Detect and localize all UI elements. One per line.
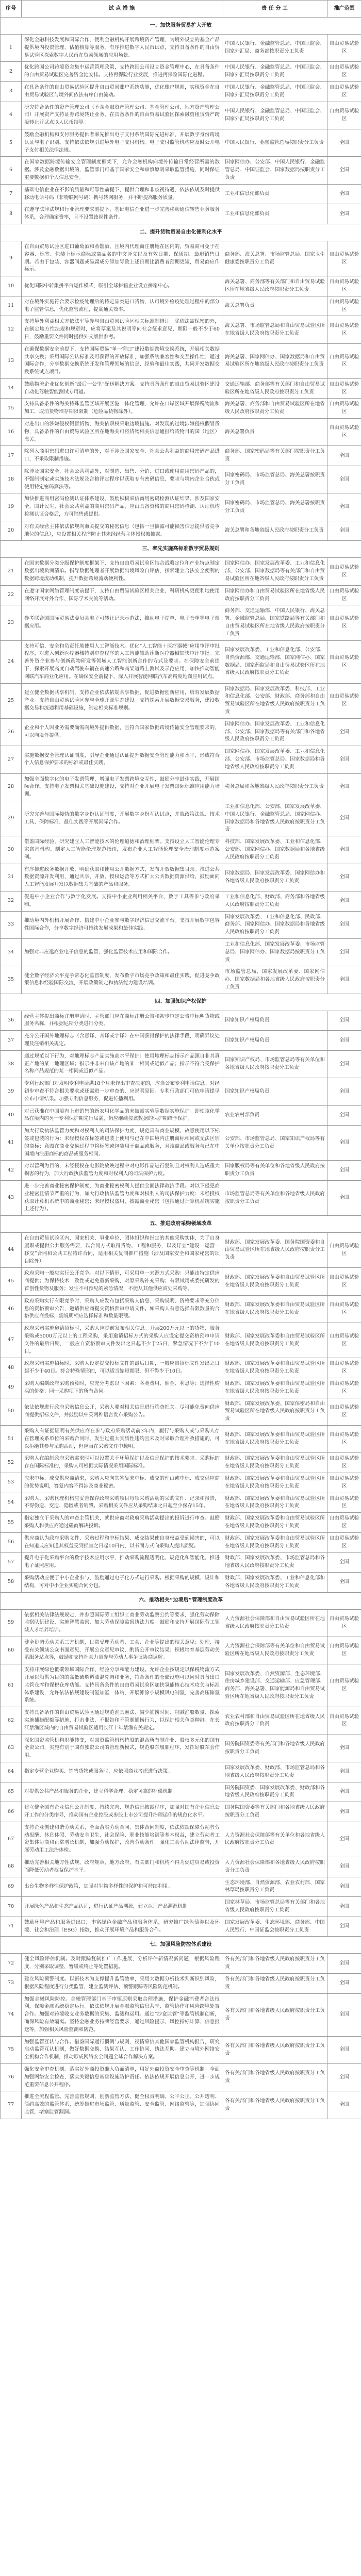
responsibility: 科技部、国家发展改革委、工业和信息化部、公安部、国家网信办、国家数据局和各地省级… — [222, 836, 327, 864]
section-header-row: 三、率先实施高标准数字贸易规则 — [1, 541, 361, 558]
responsibility: 各有关部门和各地省级人民政府按职责分工负责 — [222, 2063, 327, 2091]
table-row: 20对有关经营主体依法依规向海关提交的秘密信息（包括一旦披露可能损害信息提供者竞… — [1, 521, 361, 541]
promotion-scope: 全国 — [327, 1161, 361, 1181]
promotion-scope: 自由贸易试验区 — [327, 1398, 361, 1425]
table-row: 69出台生物多样性保护政策，加强对生物多样性的保护和可持续利用。生态环境部、自然… — [1, 1877, 361, 1897]
table-row: 73建立风险预警制度。以新技术为支撑提升监管效率，采用大数据分析技术判断识别风险… — [1, 1973, 361, 1993]
table-row: 7基础电信企业在不影响质量和可靠性前提下，提供合理和非歧视待遇，依法依规及时提供… — [1, 184, 361, 204]
row-number: 60 — [1, 1637, 22, 1664]
section-title: 二、提升货物贸易自由化便利化水平 — [1, 224, 361, 241]
table-row: 48政府采购实施招标时，采购人设定提交投标文件的最后日期，一般应自招标文件发出之… — [1, 1358, 361, 1378]
row-number: 18 — [1, 466, 22, 493]
responsibility: 海关总署负责 — [222, 419, 327, 446]
pilot-measure: 应未中标、成交供应商请求，采购人应向其答复未中标、成交的理由或中标、成交供应商的… — [22, 1473, 222, 1493]
promotion-scope: 自由贸易试验区 — [327, 1473, 361, 1493]
row-number: 48 — [1, 1358, 22, 1378]
pilot-measure: 深化国资监管机构职能转变，对国资监管机构持股的混合所有制企业、股权多元化的国有全… — [22, 1735, 222, 1762]
promotion-scope: 全国 — [327, 1181, 361, 1216]
responsibility: 农业农村部负责 — [222, 1105, 327, 1126]
row-number: 3 — [1, 81, 22, 102]
row-number: 34 — [1, 938, 22, 966]
responsibility: 各有关部门和各地省级人民政府按职责分工负责 — [222, 1993, 327, 2036]
section-title: 一、加快服务贸易扩大开放 — [1, 18, 361, 35]
section-title: 五、推进政府采购领域改革 — [1, 1216, 361, 1233]
pilot-measure: 推动完善相关地方性法规、政府规章，地方政府、有关部门和机构不得为促进贸易或投资而… — [22, 1857, 222, 1877]
pilot-measure: 进一步完善商业秘密保护制度，为商业秘密权利人提供全面法律救济手段。对以下侵犯商业… — [22, 1181, 222, 1216]
responsibility: 海关总署、商务部和自由贸易试验区所在地省级人民政府按职责分工负责 — [222, 399, 327, 419]
row-number: 4 — [1, 102, 22, 129]
pilot-measure: 对以营利为目的，未经授权在电影院放映过程中对电影作品进行复制且对权利人造成重大损… — [22, 1161, 222, 1181]
row-number: 7 — [1, 184, 22, 204]
row-number: 27 — [1, 746, 22, 773]
section-header-row: 六、推动相关“边境后”管理制度改革 — [1, 1592, 361, 1609]
table-row: 44在自由贸易试验区内，国家机关、事业单位、团体组织和指定的其他采购实体，为了自… — [1, 1233, 361, 1268]
pilot-measure: 在遵守国家网络管理制度前提下，支持自由贸易试验区相关企业、科研机构更便利地使用网… — [22, 585, 222, 605]
promotion-scope: 全国 — [327, 184, 361, 204]
row-number: 45 — [1, 1268, 22, 1295]
table-row: 63深化国资监管机构职能转变，对国资监管机构持股的混合所有制企业、股权多元化的国… — [1, 1735, 361, 1762]
section-header-row: 二、提升货物贸易自由化便利化水平 — [1, 224, 361, 241]
promotion-scope: 全国 — [327, 718, 361, 746]
responsibility: 商务部、国家密码局等有关部门按职责分工负责 — [222, 446, 327, 466]
row-number: 32 — [1, 891, 22, 911]
promotion-scope: 自由贸易试验区 — [327, 296, 361, 316]
table-row: 23参考联合国国际贸易法委员会电子可转让记录示范法，推动电子提单、电子仓单等电子… — [1, 605, 361, 640]
row-number: 42 — [1, 1161, 22, 1181]
promotion-scope: 全国 — [327, 1877, 361, 1897]
row-number: 38 — [1, 1050, 22, 1078]
promotion-scope: 自由贸易试验区 — [327, 343, 361, 378]
promotion-scope: 全国 — [327, 746, 361, 773]
pilot-measure: 在具备条件的自由贸易试验区提升自由贸易账户系统功能，优化账户规则，实现资金在自由… — [22, 81, 222, 102]
row-number: 52 — [1, 1453, 22, 1473]
responsibility: 人力资源社会保障部和自由贸易试验区所在地省级人民政府按职责分工负责 — [222, 1609, 327, 1637]
table-row: 39专利行政部门对发明专利申请满18个月未作出审查决定的，应当公布专利申请信息。… — [1, 1078, 361, 1105]
row-number: 59 — [1, 1609, 22, 1637]
responsibility: 财政部、国家发展改革委和自由贸易试验区所在地省级人民政府按职责分工负责 — [222, 1323, 327, 1358]
pilot-measure: 指定专营企业购买、销售货物或服务时，应依照商业考虑进行决策。 — [22, 1762, 222, 1782]
pilot-measure: 加强对非应邀商业电子信息的监管，强化监管技术应用和国际合作。 — [22, 938, 222, 966]
table-row: 43进一步完善商业秘密保护制度，为商业秘密权利人提供全面法律救济手段。对以下侵犯… — [1, 1181, 361, 1216]
pilot-measure: 除涉及国家安全、社会公共利益外，对制造、出售、分销、进口或使用商用密码产品的，不… — [22, 466, 222, 493]
pilot-measure: 在自由贸易试验区进口葡萄酒和蒸馏酒，且境内代理商注册地在区内的，贸易商可免于在容… — [22, 241, 222, 276]
promotion-scope: 自由贸易试验区 — [327, 1513, 361, 1533]
table-row: 33推动境内外机构开展合作，搭建中小企业参与数字经济信息交流平台。支持开展数字包… — [1, 911, 361, 938]
table-row: 37充分公开国外地理标志（含意译、音译或字译）在中国获得保护的法律手段，明确异议… — [1, 1031, 361, 1051]
pilot-measure: 通过规范以下行为，对地理标志产品实施高水平保护：使用地理标志指示产品源自非其真正… — [22, 1050, 222, 1078]
table-row: 10优化国际中转集拼平台运作模式，吸引全球拼箱企业设立拼箱中心。海关总署、商务部… — [1, 276, 361, 296]
pilot-measure: 推动境内外机构开展合作，搭建中小企业参与数字经济信息交流平台。支持开展数字包容性… — [22, 911, 222, 938]
promotion-scope: 自由贸易试验区 — [327, 1358, 361, 1378]
pilot-measure: 健全协调劳动关系三方机制，日常受理劳动者、工会、企业等提出的相关意见；处理、接受… — [22, 1637, 222, 1664]
responsibility: 财政部、国家发展改革委、工业和信息化部和各地省级人民政府按职责分工负责 — [222, 1572, 327, 1592]
promotion-scope: 自由贸易试验区 — [327, 81, 361, 102]
row-number: 55 — [1, 1513, 22, 1533]
promotion-scope: 自由贸易试验区 — [327, 399, 361, 419]
pilot-measure: 有序推进政务数据开放，明确获取和使用公开数据方式，发布开放数据集目录。推进公共数… — [22, 864, 222, 891]
row-number: 50 — [1, 1398, 22, 1425]
table-row: 41加大行政执法监管力度和对权利人的司法保护力度，规范具有商业规模、故意使用以下… — [1, 1126, 361, 1161]
pilot-measure: 政府采购实施邀请招标时，采购人应提前发布相关信息。开展200万元以上的货物、服务… — [22, 1323, 222, 1358]
promotion-scope: 自由贸易试验区 — [327, 1637, 361, 1664]
promotion-scope: 自由贸易试验区 — [327, 378, 361, 399]
table-row: 61支持开展绿色低碳领域国际合作、经验分享和能力建设。允许企业按规定以保税物流方… — [1, 1664, 361, 1707]
promotion-scope: 全国 — [327, 1050, 361, 1078]
pilot-measure: 鼓励金融机构和支付服务提供者率先推出电子支付系统国际先进标准，开展数字身份跨境认… — [22, 129, 222, 156]
row-number: 10 — [1, 276, 22, 296]
responsibility: 国家网信办、国家发展改革委、工业和信息化部、公安部、国家数据局等有关部门和各地省… — [222, 718, 327, 746]
promotion-scope: 自由贸易试验区 — [327, 1609, 361, 1637]
responsibility: 工业和信息化部负责 — [222, 184, 327, 204]
pilot-measure: 建立健全数据共享机制，支持企业依法依规共享数据，促进数据创新应用，培育发展数据产… — [22, 683, 222, 718]
promotion-scope: 全国 — [327, 2063, 361, 2091]
table-row: 66建立健全国有企业信息公开制度，持续完善、规范信息披露程序，加强对国有企业信息… — [1, 1802, 361, 1822]
promotion-scope: 自由贸易试验区 — [327, 1707, 361, 1735]
row-number: 25 — [1, 683, 22, 718]
promotion-scope: 自由贸易试验区 — [327, 1453, 361, 1473]
promotion-scope: 全国 — [327, 938, 361, 966]
responsibility: 公安部、市场监管总局、国家知识产权局等有关单位按职责分工负责 — [222, 1126, 327, 1161]
table-row: 17除列入商用密码进口许可清单的外，对不涉及国家安全、社会公共利益的商用密码产品… — [1, 446, 361, 466]
responsibility: 中国人民银行、金融监管总局、中国证监会、国家外汇局、商务部按职责分工负责 — [222, 35, 327, 62]
row-number: 19 — [1, 493, 22, 521]
promotion-scope: 全国 — [327, 1762, 361, 1782]
responsibility: 国家网信办和自由贸易试验区所在地省级人民政府按职责分工负责 — [222, 585, 327, 605]
pilot-measure: 企业和个人因业务需要确需向境外提供数据，且符合国家数据跨境传输安全管理要求的，可… — [22, 718, 222, 746]
row-number: 39 — [1, 1078, 22, 1105]
responsibility: 人力资源社会保障部和各地省级人民政府按职责分工负责 — [222, 1857, 327, 1877]
promotion-scope: 自由贸易试验区 — [327, 62, 361, 82]
pilot-measure: 采购人、采购代理机构应妥善保存政府采购项目每项采购活动的采购文件、记录和报告，不… — [22, 1493, 222, 1513]
pilot-measure: 依据相关法律法规规定，并参照国际劳工组织工商业劳动监察公约等要求，强化劳动保障监… — [22, 1609, 222, 1637]
responsibility: 中国人民银行、金融监管总局、中国证监会、国家外汇局按职责分工负责 — [222, 81, 327, 102]
table-row: 8在遵守法律法规和行业管理要求前提下，基础电信企业进一步完善移动通信转售业务服务… — [1, 204, 361, 224]
row-number: 46 — [1, 1295, 22, 1323]
promotion-scope: 全国 — [327, 493, 361, 521]
table-row: 49采购人编制政府采购预算时，应充分考虑以下因素：各类费用、佣金、利息等；选择性… — [1, 1378, 361, 1398]
responsibility: 交通运输部、商务部等有关部门和自由贸易试验区所在地省级人民政府按职责分工负责 — [222, 378, 327, 399]
promotion-scope: 全国 — [327, 446, 361, 466]
pilot-measure: 鼓励物流企业优化创新“最后一公里”配送解决方案。支持具备条件的自由贸易试验区建设… — [22, 378, 222, 399]
pilot-measure: 优化跨国公司跨境资金集中运营管理政策，支持跨国公司设立资金管理中心，在具备条件的… — [22, 62, 222, 82]
table-row: 25建立健全数据共享机制，支持企业依法依规共享数据，促进数据创新应用，培育发展数… — [1, 683, 361, 718]
pilot-measure: 开展绿色产品和生态产品认证，进行认证产品溯源，建立认证产品溯源机制。 — [22, 1897, 222, 1917]
row-number: 2 — [1, 62, 22, 82]
row-number: 14 — [1, 378, 22, 399]
row-number: 47 — [1, 1323, 22, 1358]
table-row: 42对以营利为目的，未经授权在电影院放映过程中对电影作品进行复制且对权利人造成重… — [1, 1161, 361, 1181]
row-number: 49 — [1, 1378, 22, 1398]
row-number: 30 — [1, 836, 22, 864]
pilot-measure: 建立风险预警制度。以新技术为支撑提升监管效率，采用大数据分析技术判断识别风险，根… — [22, 1973, 222, 1993]
promotion-scope: 全国 — [327, 1822, 361, 1857]
pilot-measure: 对有关经营主体依法依规向海关提交的秘密信息（包括一旦披露可能损害信息提供者竞争地… — [22, 521, 222, 541]
row-number: 76 — [1, 2063, 22, 2091]
table-row: 56供应商认为政府采购文件、采购过程和中标结果、成交结果使自身权益受到损害的，可… — [1, 1532, 361, 1553]
table-row: 1深化金融科技发展和国际合作，便利金融机构开展跨境资产管理，为境外设立的基金产品… — [1, 35, 361, 62]
responsibility: 中国人民银行、金融监管总局按职责分工负责 — [222, 129, 327, 156]
row-number: 40 — [1, 1105, 22, 1126]
responsibility: 工业和信息化部、国家发展改革委、市场监管总局、国家网信办、国家数据局按职责分工负… — [222, 938, 327, 966]
section-title: 六、推动相关“边境后”管理制度改革 — [1, 1592, 361, 1609]
table-row: 34加强对非应邀商业电子信息的监管，强化监管技术应用和国际合作。工业和信息化部、… — [1, 938, 361, 966]
table-row: 26企业和个人因业务需要确需向境外提供数据，且符合国家数据跨境传输安全管理要求的… — [1, 718, 361, 746]
row-number: 1 — [1, 35, 22, 62]
responsibility: 工业和信息化部、财政部、商务部和各地省级人民政府按职责分工负责 — [222, 891, 327, 911]
row-number: 9 — [1, 241, 22, 276]
promotion-scope: 全国 — [327, 1993, 361, 2036]
promotion-scope: 全国 — [327, 466, 361, 493]
row-number: 53 — [1, 1473, 22, 1493]
pilot-measure: 支持可信、安全和负责任地使用人工智能技术。优化“人工智能＋医疗器械”应用审评审批… — [22, 640, 222, 683]
row-number: 12 — [1, 316, 22, 343]
promotion-scope: 自由贸易试验区 — [327, 1378, 361, 1398]
pilot-measure: 供应商认为政府采购文件、采购过程和中标结果、成交结果使自身权益受到损害的，可以在… — [22, 1532, 222, 1553]
pilot-measure: 鼓励环境产品和服务进出口，丰富绿色金融产品和服务体系，研究推广绿色债券以及环境、… — [22, 1917, 222, 1937]
promotion-scope: 自由贸易试验区 — [327, 1295, 361, 1323]
responsibility: 国家密码局、市场监管总局、海关总署按职责分工负责 — [222, 493, 327, 521]
promotion-scope: 全国 — [327, 1782, 361, 1802]
pilot-measure: 健全风险评估机制。及时跟踪复制推广工作进展，分析评估新情况新问题，根据风险程度，… — [22, 1954, 222, 1974]
promotion-scope: 自由贸易试验区 — [327, 1493, 361, 1513]
pilot-measure: 强化安全审查机制。落实好外商投资准入负面清单，用好外商投资安全审查等机制。全面加… — [22, 2063, 222, 2091]
pilot-measure: 除列入商用密码进口许可清单的外，对不涉及国家安全、社会公共利益的商用密码产品进口… — [22, 446, 222, 466]
promotion-scope: 全国 — [327, 1105, 361, 1126]
responsibility: 市场监管总局、国家发展改革委、国家网信办、国家数据局和各地省级人民政府按职责分工… — [222, 966, 327, 994]
pilot-measure: 加强全面数字化的电子发票管理，增强电子发票跨境交互性，鼓励分享最佳实践，开展国际… — [22, 773, 222, 801]
pilot-measure: 在自由贸易试验区内，国家机关、事业单位、团体组织和指定的其他采购实体，为了自身履… — [22, 1233, 222, 1268]
row-number: 68 — [1, 1857, 22, 1877]
table-row: 6在国家数据跨境传输安全管理制度框架下，允许金融机构向境外传输日常经营所需的数据… — [1, 157, 361, 184]
table-row: 71鼓励环境产品和服务进出口，丰富绿色金融产品和服务体系，研究推广绿色债券以及环… — [1, 1917, 361, 1937]
promotion-scope: 自由贸易试验区 — [327, 605, 361, 640]
table-row: 54采购人、采购代理机构应妥善保存政府采购项目每项采购活动的采购文件、记录和报告… — [1, 1493, 361, 1513]
table-row: 76强化安全审查机制。落实好外商投资准入负面清单，用好外商投资安全审查等机制。全… — [1, 2063, 361, 2091]
table-header-row: 序号 试 点 措 施 责 任 分 工 推广范围 — [1, 1, 361, 18]
pilot-measure: 在遵守法律法规和行业管理要求前提下，基础电信企业进一步完善移动通信转售业务服务体… — [22, 204, 222, 224]
promotion-scope: 全国 — [327, 1572, 361, 1592]
pilot-measure: 采购活动应便于中小企业参与，鼓励通过电子化方式进行采购。根据采购的规模、设计和结… — [22, 1572, 222, 1592]
responsibility: 国家数据局、国家发展改革委、国家网信办和各地省级人民政府按职责分工负责 — [222, 864, 327, 891]
header-measure: 试 点 措 施 — [22, 1, 222, 18]
pilot-measure: 政府采购实施招标时，采购人设定提交投标文件的最后日期，一般应自招标文件发出之日起… — [22, 1358, 222, 1378]
responsibility: 海关总署、国家网信办、国家数据局和自由贸易试验区所在地省级人民政府按职责分工负责 — [222, 343, 327, 378]
promotion-scope: 全国 — [327, 157, 361, 184]
responsibility: 商务部、海关总署、市场监管总局、国家卫生健康委按职责分工负责 — [222, 241, 327, 276]
responsibility: 海关总署、市场监管总局和自由贸易试验区所在地省级人民政府按职责分工负责 — [222, 316, 327, 343]
pilot-measure: 支持企业创建和谐劳动关系，全面落实劳动合同、集体合同制度，依法依规保障劳动者劳动… — [22, 1822, 222, 1857]
responsibility: 中国人民银行、金融监管总局、中国证监会、国家外汇局按职责分工负责 — [222, 62, 327, 82]
promotion-scope: 全国 — [327, 891, 361, 911]
promotion-scope: 全国 — [327, 911, 361, 938]
pilot-measure: 政府采购实行有限竞争时，采购人应发布包括采购人信息、采购说明、资格要求等充分信息… — [22, 1295, 222, 1323]
row-number: 8 — [1, 204, 22, 224]
table-row: 27实施数据安全管理认证制度，引导企业通过认证提升数据安全管理能力和水平，形成符… — [1, 746, 361, 773]
row-number: 51 — [1, 1425, 22, 1452]
row-number: 44 — [1, 1233, 22, 1268]
responsibility: 国家网信办、国家发展改革委、工业和信息化部、公安部、国家数据局等有关部门和自由贸… — [222, 558, 327, 585]
pilot-measure: 支持具备条件的海关特殊监管区域开展区港一体化管理，允许在口岸区域开展保税物流和加… — [22, 399, 222, 419]
row-number: 35 — [1, 966, 22, 994]
responsibility: 海关总署、商务部等有关部门和自由贸易试验区所在地省级人民政府按职责分工负责 — [222, 276, 327, 296]
section-header-row: 五、推进政府采购领域改革 — [1, 1216, 361, 1233]
promotion-scope: 自由贸易试验区 — [327, 1664, 361, 1707]
pilot-measure: 研究符合条件的资产管理公司（不含金融资产管理公司、基金管理公司、地方资产管理公司… — [22, 102, 222, 129]
table-row: 51采购人有证据证明有关供应商在参与政府采购活动前3年内，履行与采购人或与采购人… — [1, 1425, 361, 1452]
section-header-row: 一、加快服务贸易扩大开放 — [1, 18, 361, 35]
table-row: 2优化跨国公司跨境资金集中运营管理政策，支持跨国公司设立资金管理中心，在具备条件… — [1, 62, 361, 82]
table-row: 15支持具备条件的海关特殊监管区域开展区港一体化管理，允许在口岸区域开展保税物流… — [1, 399, 361, 419]
row-number: 5 — [1, 129, 22, 156]
promotion-scope: 全国 — [327, 801, 361, 836]
responsibility: 国家知识产权局负责 — [222, 1078, 327, 1105]
table-row: 47政府采购实施邀请招标时，采购人应提前发布相关信息。开展200万元以上的货物、… — [1, 1323, 361, 1358]
table-row: 62支持具备条件的自由贸易试验区通过规范渔具渔法、减少捕捞时间、削减渔船数量、探… — [1, 1707, 361, 1735]
table-row: 18除涉及国家安全、社会公共利益外，对制造、出售、分销、进口或使用商用密码产品的… — [1, 466, 361, 493]
table-row: 36经营主体提出商标注册申请时，主管部门应在商标注册公告和初步审定公告中标明货物… — [1, 1011, 361, 1031]
table-row: 21在国家数据分类分级保护制度框架下，支持自由贸易试验区结合战略定位和产业特点制… — [1, 558, 361, 585]
pilot-measure: 实施数据安全管理认证制度，引导企业通过认证提升数据安全管理能力和水平，形成符合个… — [22, 746, 222, 773]
row-number: 26 — [1, 718, 22, 746]
row-number: 31 — [1, 864, 22, 891]
row-number: 57 — [1, 1553, 22, 1573]
pilot-measure: 提升电子化采购平台的数字技术应用水平，推动采购流程透明化、规范化和智能化，推进电… — [22, 1553, 222, 1573]
table-row: 28加强全面数字化的电子发票管理，增强电子发票跨境交互性，鼓励分享最佳实践，开展… — [1, 773, 361, 801]
pilot-measure: 在确保数据安全前提下，支持国际贸易“单一窗口”建设数据跨境交换系统，开展相关数据… — [22, 343, 222, 378]
pilot-measure: 促进中小企业合作与数字化发展。支持中小企业利用相关平台、数字工具等参与政府采购。 — [22, 891, 222, 911]
promotion-scope: 全国 — [327, 864, 361, 891]
pilot-measure: 加快推进商用密码检测认证体系建设，鼓励积极采信商用密码检测认证结果。涉及国家安全… — [22, 493, 222, 521]
pilot-measures-table: 序号 试 点 措 施 责 任 分 工 推广范围 一、加快服务贸易扩大开放1深化金… — [0, 0, 361, 2119]
table-row: 14鼓励物流企业优化创新“最后一公里”配送解决方案。支持具备条件的自由贸易试验区… — [1, 378, 361, 399]
responsibility: 各有关部门和各地省级人民政府按职责分工负责 — [222, 2036, 327, 2063]
table-row: 24支持可信、安全和负责任地使用人工智能技术。优化“人工智能＋医疗器械”应用审评… — [1, 640, 361, 683]
promotion-scope: 全国 — [327, 1897, 361, 1917]
pilot-measure: 支持具备条件的自由贸易试验区通过规范渔具渔法、减少捕捞时间、削减渔船数量、探索实… — [22, 1707, 222, 1735]
responsibility: 工业和信息化部负责 — [222, 204, 327, 224]
pilot-measure: 支持开展绿色低碳领域国际合作、经验分享和能力建设。允许企业按规定以保税物流方式开… — [22, 1664, 222, 1707]
pilot-measure: 充分公开国外地理标志（含意译、音译或字译）在中国获得保护的法律手段，明确异议处理… — [22, 1031, 222, 1051]
responsibility: 各有关部门和各地省级人民政府按职责分工负责 — [222, 2091, 327, 2119]
section-title: 三、率先实施高标准数字贸易规则 — [1, 541, 361, 558]
responsibility: 财政部、国家发展改革委、国家保密局和自由贸易试验区所在地省级人民政府按职责分工负… — [222, 1398, 327, 1425]
table-row: 19加快推进商用密码检测认证体系建设，鼓励积极采信商用密码检测认证结果。涉及国家… — [1, 493, 361, 521]
pilot-measure: 对已获准在中国境内上市销售的新农用化学品的未披露实验等数据实施保护。即使该化学品… — [22, 1105, 222, 1126]
row-number: 22 — [1, 585, 22, 605]
responsibility: 国家发展改革委、生态环境部、商务部、中国人民银行、中国证监会按职责分工负责 — [222, 1917, 327, 1937]
promotion-scope: 全国 — [327, 1973, 361, 1993]
pilot-measure: 采购人编制政府采购预算时，应充分考虑以下因素：各类费用、佣金、利息等；选择性购买… — [22, 1378, 222, 1398]
responsibility: 财政部、国家发展改革委、市场监管总局和各地省级人民政府按职责分工负责 — [222, 1553, 327, 1573]
table-row: 75加强监管互认与合作。借鉴国际通行惯例与规则，视情采信其他国家监管机构报告，研… — [1, 2036, 361, 2063]
promotion-scope: 自由贸易试验区 — [327, 558, 361, 585]
responsibility: 农业农村部和自由贸易试验区所在地省级人民政府按职责分工负责 — [222, 1707, 327, 1735]
table-row: 12支持境外利益相关方依法平等参与自由贸易试验区相关标准制修订。除依法需保密的外… — [1, 316, 361, 343]
table-row: 30借鉴国际经验，研究建立人工智能技术的伦理道德和治理框架。支持设立人工智能伦理… — [1, 836, 361, 864]
pilot-measure: 参考联合国国际贸易法委员会电子可转让记录示范法，推动电子提单、电子仓单等电子票据… — [22, 605, 222, 640]
table-row: 29研究完善与国际接轨的数字身份认证制度，开展数字身份互认试点，并就政策法规、技… — [1, 801, 361, 836]
responsibility: 财政部、国家发展改革委和自由贸易试验区所在地省级人民政府按职责分工负责 — [222, 1473, 327, 1493]
table-row: 38通过规范以下行为，对地理标志产品实施高水平保护：使用地理标志指示产品源自非其… — [1, 1050, 361, 1078]
promotion-scope: 自由贸易试验区 — [327, 241, 361, 276]
promotion-scope: 全国 — [327, 773, 361, 801]
pilot-measure: 专利行政部门对发明专利申请满18个月未作出审查决定的，应当公布专利申请信息。对经… — [22, 1078, 222, 1105]
pilot-measure: 在国家数据跨境传输安全管理制度框架下，允许金融机构向境外传输日常经营所需的数据。… — [22, 157, 222, 184]
pilot-measure: 采购人有证据证明有关供应商在参与政府采购活动前3年内，履行与采购人或与采购人存在… — [22, 1425, 222, 1452]
row-number: 54 — [1, 1493, 22, 1513]
table-row: 58采购活动应便于中小企业参与，鼓励通过电子化方式进行采购。根据采购的规模、设计… — [1, 1572, 361, 1592]
responsibility: 财政部、国家发展改革委和自由贸易试验区所在地省级人民政府按职责分工负责 — [222, 1425, 327, 1452]
responsibility: 人力资源社会保障部等有关单位和各地省级人民政府按职责分工负责 — [222, 1822, 327, 1857]
responsibility: 市场监管总局等有关单位和各地省级人民政府按职责分工负责 — [222, 1181, 327, 1216]
promotion-scope: 自由贸易试验区 — [327, 35, 361, 62]
promotion-scope: 全国 — [327, 836, 361, 864]
pilot-measure: 在国家数据分类分级保护制度框架下，支持自由贸易试验区结合战略定位和产业特点制定数… — [22, 558, 222, 585]
responsibility: 国家发展改革委、工业和信息化部、公安部、自然资源部、交通运输部、国家网信办、国家… — [222, 640, 327, 683]
pilot-measure: 采购人在编制政府采购需求时可以设置关于环境保护以及信息保护的技术要求。采购标的存… — [22, 1453, 222, 1473]
responsibility: 税务总局和各地省级人民政府按职责分工负责 — [222, 773, 327, 801]
responsibility: 国家数据局、国家发展改革委、科技部、工业和信息化部、公安部、财政部、商务部和自由… — [222, 683, 327, 718]
pilot-measure: 建立健全国有企业信息公开制度，持续完善、规范信息披露程序，加强对国有企业信息公开… — [22, 1802, 222, 1822]
responsibility: 各有关部门和各地省级人民政府按职责分工负责 — [222, 1954, 327, 1974]
pilot-measure: 借鉴国际经验，研究建立人工智能技术的伦理道德和治理框架。支持设立人工智能伦理专家… — [22, 836, 222, 864]
table-row: 64指定专营企业购买、销售货物或服务时，应依照商业考虑进行决策。国家发展改革委、… — [1, 1762, 361, 1782]
table-row: 40对已获准在中国境内上市销售的新农用化学品的未披露实验等数据实施保护。即使该化… — [1, 1105, 361, 1126]
promotion-scope: 自由贸易试验区 — [327, 1233, 361, 1268]
promotion-scope: 自由贸易试验区 — [327, 1323, 361, 1358]
section-title: 四、加强知识产权保护 — [1, 994, 361, 1011]
row-number: 69 — [1, 1877, 22, 1897]
row-number: 61 — [1, 1664, 22, 1707]
responsibility: 海关总署负责 — [222, 296, 327, 316]
row-number: 66 — [1, 1802, 22, 1822]
responsibility: 海关总署和各地省级人民政府按职责分工负责 — [222, 521, 327, 541]
pilot-measure: 指定独立于采购人的审查主管机关，就供应商对政府采购活动提出的投诉进行审查。鼓励采… — [22, 1513, 222, 1533]
table-row: 52采购人在编制政府采购需求时可以设置关于环境保护以及信息保护的技术要求。采购标… — [1, 1453, 361, 1473]
row-number: 28 — [1, 773, 22, 801]
responsibility: 财政部、国家发展改革委和自由贸易试验区所在地省级人民政府按职责分工负责 — [222, 1358, 327, 1378]
row-number: 13 — [1, 343, 22, 378]
row-number: 71 — [1, 1917, 22, 1937]
pilot-measure: 经营主体提出商标注册申请时，主管部门应在商标注册公告和初步审定公告中标明货物或服… — [22, 1011, 222, 1031]
table-row: 13在确保数据安全前提下，支持国际贸易“单一窗口”建设数据跨境交换系统，开展相关… — [1, 343, 361, 378]
table-row: 11对在境外实施符合要求检疫处理后的特定品类进口货物，认可境外检疫处理过程中的部… — [1, 296, 361, 316]
promotion-scope: 全国 — [327, 1802, 361, 1822]
responsibility: 国务院国资委等有关部门和各地省级人民政府按职责分工负责 — [222, 1735, 327, 1762]
table-row: 50依法依规进行政府采购信息公开，采购人要对相关信息进行筛查把关。尽可能免费向供… — [1, 1398, 361, 1425]
row-number: 23 — [1, 605, 22, 640]
pilot-measure: 对进出口的涉嫌侵权假冒货物，海关依职权采取边境措施。对发现的过境涉嫌侵权假冒货物… — [22, 419, 222, 446]
section-header-row: 七、加强风险防控体系建设 — [1, 1937, 361, 1954]
row-number: 74 — [1, 1993, 22, 2036]
pilot-measure: 加强监管互认与合作。借鉴国际通行惯例与规则，视情采信其他国家监管机构报告，研究启… — [22, 2036, 222, 2063]
responsibility: 财政部、国家发展改革委和自由贸易试验区所在地省级人民政府按职责分工负责 — [222, 1513, 327, 1533]
responsibility: 中国人民银行、金融监管总局、中国证监会、国家外汇局按职责分工负责 — [222, 102, 327, 129]
row-number: 20 — [1, 521, 22, 541]
responsibility: 国家知识产权局负责 — [222, 1011, 327, 1031]
promotion-scope: 全国 — [327, 1031, 361, 1051]
promotion-scope: 全国 — [327, 1078, 361, 1105]
row-number: 15 — [1, 399, 22, 419]
table-row: 45政府采购一般应实行公开竞争。对以下情形，可采用单一来源方式采购：只能由特定供… — [1, 1268, 361, 1295]
pilot-measure: 出台生物多样性保护政策，加强对生物多样性的保护和可持续利用。 — [22, 1877, 222, 1897]
promotion-scope: 自由贸易试验区 — [327, 1425, 361, 1452]
table-row: 46政府采购实行有限竞争时，采购人应发布包括采购人信息、采购说明、资格要求等充分… — [1, 1295, 361, 1323]
table-body: 一、加快服务贸易扩大开放1深化金融科技发展和国际合作，便利金融机构开展跨境资产管… — [1, 18, 361, 2119]
section-header-row: 四、加强知识产权保护 — [1, 994, 361, 1011]
row-number: 64 — [1, 1762, 22, 1782]
pilot-measure: 基础电信企业在不影响质量和可靠性前提下，提供合理和非歧视待遇，依法依规及时提供移… — [22, 184, 222, 204]
